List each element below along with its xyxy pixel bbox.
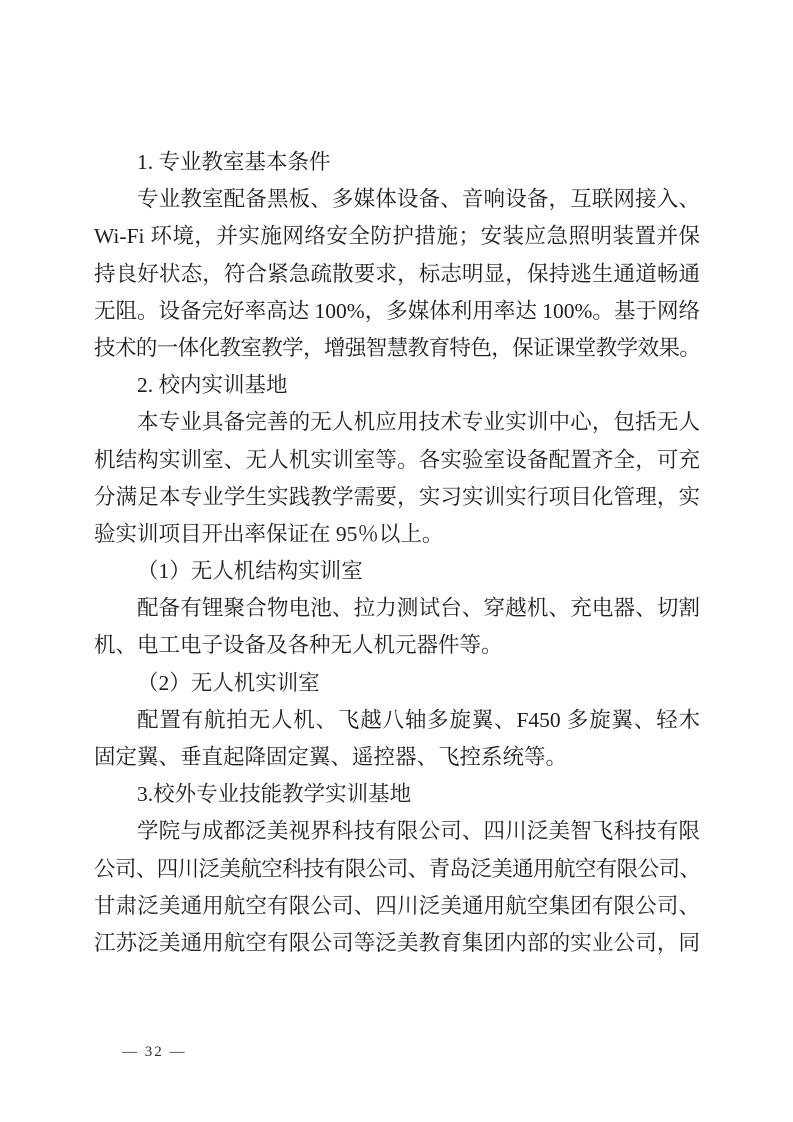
document-line: 学院与成都泛美视界科技有限公司、四川泛美智飞科技有限 — [94, 813, 700, 850]
document-line: 3.校外专业技能教学实训基地 — [94, 776, 700, 813]
page-footer: — 32 — — [122, 1041, 187, 1063]
document-line: 2. 校内实训基地 — [94, 367, 700, 404]
document-line: 技术的一体化教室教学，增强智慧教育特色，保证课堂教学效果。 — [94, 330, 700, 367]
document-line: 江苏泛美通用航空有限公司等泛美教育集团内部的实业公司，同 — [94, 925, 700, 962]
document-line: 机、电工电子设备及各种无人机元器件等。 — [94, 627, 700, 664]
document-line: 本专业具备完善的无人机应用技术专业实训中心，包括无人 — [94, 404, 700, 441]
document-line: （1）无人机结构实训室 — [94, 553, 700, 590]
document-line: 公司、四川泛美航空科技有限公司、青岛泛美通用航空有限公司、 — [94, 851, 700, 888]
document-line: 专业教室配备黑板、多媒体设备、音响设备，互联网接入、 — [94, 181, 700, 218]
document-line: （2）无人机实训室 — [94, 665, 700, 702]
document-line: 固定翼、垂直起降固定翼、遥控器、飞控系统等。 — [94, 739, 700, 776]
document-line: 1. 专业教室基本条件 — [94, 144, 700, 181]
document-line: 配置有航拍无人机、飞越八轴多旋翼、F450 多旋翼、轻木 — [94, 702, 700, 739]
document-line: 持良好状态，符合紧急疏散要求，标志明显，保持逃生通道畅通 — [94, 256, 700, 293]
document-line: 无阻。设备完好率高达 100%，多媒体利用率达 100%。基于网络 — [94, 293, 700, 330]
page-number: — 32 — — [122, 1044, 187, 1060]
document-line: 甘肃泛美通用航空有限公司、四川泛美通用航空集团有限公司、 — [94, 888, 700, 925]
document-line: 分满足本专业学生实践教学需要，实习实训实行项目化管理，实 — [94, 479, 700, 516]
document-line: 机结构实训室、无人机实训室等。各实验室设备配置齐全，可充 — [94, 442, 700, 479]
document-line: Wi-Fi 环境，并实施网络安全防护措施；安装应急照明装置并保 — [94, 218, 700, 255]
document-page: 1. 专业教室基本条件专业教室配备黑板、多媒体设备、音响设备，互联网接入、Wi-… — [0, 0, 793, 1122]
document-line: 验实训项目开出率保证在 95％以上。 — [94, 516, 700, 553]
document-line: 配备有锂聚合物电池、拉力测试台、穿越机、充电器、切割 — [94, 590, 700, 627]
document-body: 1. 专业教室基本条件专业教室配备黑板、多媒体设备、音响设备，互联网接入、Wi-… — [94, 144, 700, 962]
